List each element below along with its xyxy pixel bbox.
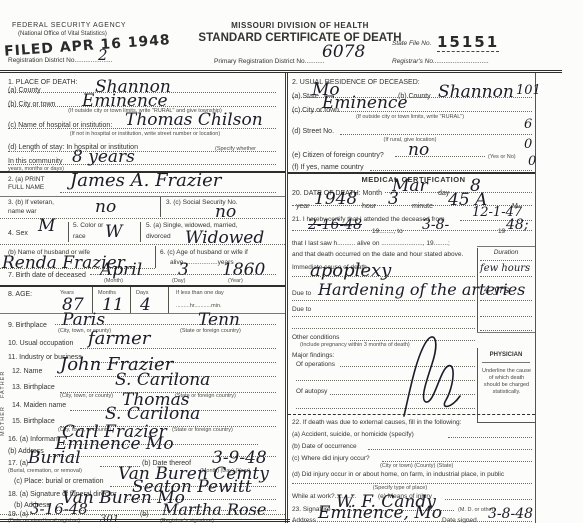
hospital-note: (If not in hospital or institution, writ… [30,131,260,137]
primary-district-label: Primary Registration District No........… [214,58,325,65]
physician-box-divider [477,348,478,422]
burial-note: (Burial, cremation, or removal) [8,468,82,474]
father-side-label: FATHER [0,362,6,398]
duration-1-handwritten: few hours [480,264,530,274]
of-operations-label: Of operations [296,361,335,368]
external-c-label: (c) Where did injury occur? [292,455,370,462]
name-country-label: (f) If yes, name country [292,164,364,172]
father-name-label: 12. Name [12,368,42,376]
age-col-less: If less than one day [176,290,224,296]
yes-no-note: (Yes or No) [488,154,516,160]
section-rule-right-1 [288,172,535,174]
hospital-label: (c) Name of hospital or institution: [8,122,112,130]
bottom-rule-left [0,519,290,522]
primary-district-handwritten: 6078 [322,44,365,61]
maiden-name-label: 14. Maiden name [12,402,66,410]
sex-handwritten: M [38,218,55,235]
margin-digit-6: 6 [524,118,532,131]
registrar-no-label: Registrar's No..........................… [392,58,489,65]
father-bp-note-1: (City, town, or county) [60,393,113,399]
registration-district-handwritten: 2 [98,48,108,63]
day-note: (Day) [172,278,185,284]
birthplace-label: 9. Birthplace [8,322,47,330]
title-division: MISSOURI DIVISION OF HEALTH [180,22,420,31]
major-findings-label: Major findings: [292,352,334,359]
age-months-handwritten: 11 [102,297,124,314]
birthplace-note-2: (State or foreign country) [180,328,241,334]
age-days-handwritten: 4 [140,297,151,314]
citizen-label: (e) Citizen of foreign country? [292,152,384,160]
street-no-label: (d) Street No. [292,128,334,136]
age-hr-min: .........hr...........min. [176,303,222,309]
last-saw-line: that I last saw h.......... alive on ...… [292,240,450,247]
duration-2-handwritten: 4 yrs [484,286,509,296]
community-label: In this community [8,158,62,166]
death-certificate-scan: FEDERAL SECURITY AGENCY (National Office… [0,0,583,523]
spouse-age-label: 6. (c) Age of husband or wife if [160,249,248,256]
duration-header: Duration [478,249,534,256]
physician-note: Underline the cause of which death shoul… [480,368,533,396]
death-occurred-line: and that death occurred on the date and … [292,251,463,258]
color-label-1: 5. Color or [73,222,103,229]
external-b-label: (b) Date of occurrence [292,443,357,450]
state-file-label: State File No. [392,40,431,47]
mother-bp-note-2: (State or foreign country) [172,427,233,433]
age-label: 8. AGE: [8,291,32,299]
immediate-cause-handwritten: apoplexy [310,262,391,280]
year-note: (Year) [228,278,243,284]
physician-title: PHYSICIAN [478,352,534,359]
fullname-label-1: 2. (a) PRINT [8,176,44,183]
section-rule-right-2 [288,414,535,415]
informant-label: 16. (a) Informant [8,436,60,444]
registration-district-label: Registration District No................… [8,57,112,64]
community-handwritten: 8 years [72,149,135,166]
sex-label: 4. Sex [8,230,28,238]
margin-digit-101: 101 [516,84,541,97]
external-a-label: (a) Accident, suicide, or homicide (spec… [292,431,414,438]
mother-birthplace-label: 15. Birthplace [12,418,55,426]
birthdate-label: 7. Birth date of deceased [8,272,86,280]
section-rule-2 [0,285,285,287]
burial-label: 17. (a) [8,460,28,468]
header-rule [0,70,562,73]
state-file-number-stamp: 15151 [437,33,499,52]
burial-place-label: (c) Place: burial or cremation [14,478,103,486]
rural-note: (If outside city or town limits, write "… [310,114,510,120]
hospital-handwritten: Thomas Chilson [125,112,263,129]
column-divider [285,73,288,523]
month-note: (Month) [104,278,123,284]
margin-digit-0a: 0 [524,138,532,151]
fullname-label-2: FULL NAME [8,184,44,191]
other-conditions-note: (Include pregnancy within 3 months of de… [300,342,410,348]
of-autopsy-label: Of autopsy [296,388,327,395]
external-d-note: (Specify type of place) [340,485,460,491]
right-border [535,73,536,523]
external-d-label: (d) Did injury occur in or about home, o… [292,471,504,478]
registrar-signature: Martha Rose [162,502,266,518]
burial-handwritten: Burial [28,450,81,467]
external-c-note: (City or town) (County) (State) [380,463,453,469]
father-birthplace-label: 13. Birthplace [12,384,55,392]
occupation-label: 10. Usual occupation [8,340,73,348]
agency-name: FEDERAL SECURITY AGENCY [12,22,126,30]
physician-signature-scrawl [396,330,466,422]
other-conditions-label: Other conditions [292,334,339,341]
external-title: 22. If death was due to external causes,… [292,419,461,426]
mother-side-label: MOTHER [0,400,6,436]
